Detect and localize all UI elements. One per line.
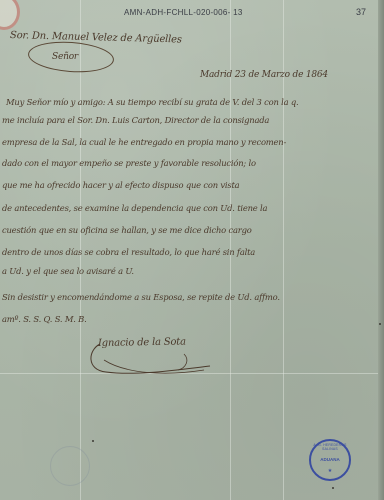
- body-line: dentro de unos días se cobra el resultad…: [2, 247, 255, 257]
- closing-line: amº. S. S. Q. S. M. B.: [2, 314, 87, 324]
- ink-speck: [379, 323, 381, 325]
- ink-speck: [332, 487, 334, 489]
- archive-reference-code: AMN-ADH-FCHLL-020-006- 13: [124, 8, 243, 17]
- stamp-center-text: ADUANA: [311, 457, 349, 462]
- red-stain-mark: [0, 0, 20, 30]
- star-icon: ★: [311, 468, 349, 474]
- addressee-line: Sor. Dn. Manuel Velez de Argüelles: [10, 30, 182, 45]
- archive-stamp: A. G. HEREDEROS SALINAS ADUANA ★: [309, 439, 351, 481]
- bleed-through-stamp: [50, 446, 90, 486]
- closing-line: Sin desistir y encomendándome a su Espos…: [2, 292, 280, 302]
- body-line: a Ud. y el que sea lo avisaré a U.: [2, 266, 134, 276]
- body-line: empresa de la Sal, la cual le he entrega…: [2, 137, 286, 147]
- manuscript-page: AMN-ADH-FCHLL-020-006- 13 37 Sor. Dn. Ma…: [0, 0, 384, 500]
- body-line: dado con el mayor empeño se preste y fav…: [2, 158, 256, 168]
- body-line: de antecedentes, se examine la dependenc…: [2, 203, 267, 213]
- folio-number: 37: [356, 7, 366, 17]
- date-line: Madrid 23 de Marzo de 1864: [200, 70, 328, 80]
- body-line: que me ha ofrecido hacer y al efecto dis…: [2, 180, 239, 190]
- body-line: me incluía para el Sor. Dn. Luis Carton,…: [2, 115, 269, 125]
- body-line: cuestión que en su oficina se hallan, y …: [2, 225, 252, 235]
- signature-flourish: [86, 340, 216, 380]
- stamp-ring-text: A. G. HEREDEROS SALINAS: [311, 443, 349, 451]
- ink-speck: [92, 440, 94, 442]
- body-line: Muy Señor mío y amigo: A su tiempo recib…: [6, 97, 299, 107]
- addressee-title: Señor: [52, 52, 78, 62]
- page-edge: [378, 0, 384, 500]
